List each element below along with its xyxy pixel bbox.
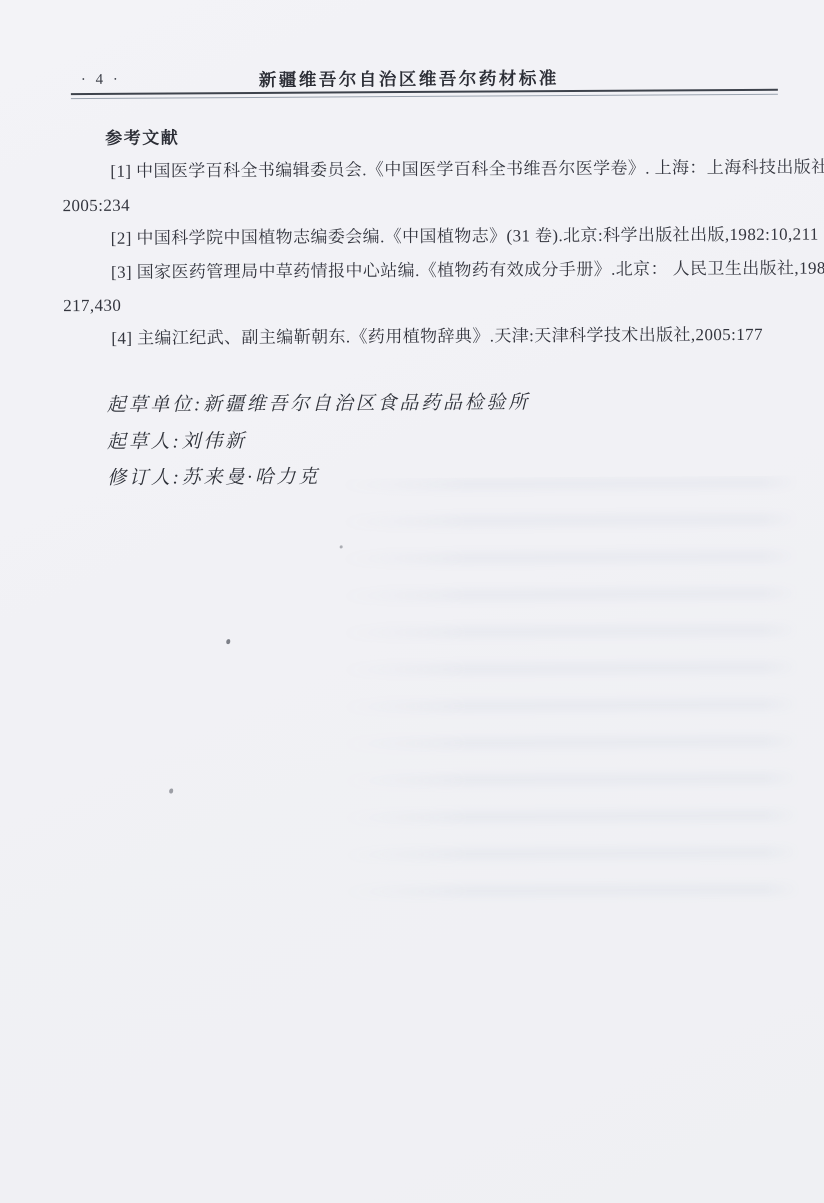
reference-line: [4] 主编江纪武、副主编靳朝东.《药用植物辞典》.天津:天津科学技术出版社,2… <box>63 318 790 356</box>
dust-speck <box>340 545 343 548</box>
reference-line: [2] 中国科学院中国植物志编委会编.《中国植物志》(31 卷).北京:科学出版… <box>63 218 790 256</box>
reviser-line: 修订人:苏来曼·哈力克 <box>64 457 764 498</box>
reference-line: 2005:234 <box>62 184 789 222</box>
dust-speck <box>226 639 230 644</box>
drafting-info: 起草单位:新疆维吾尔自治区食品药品检验所 起草人:刘伟新 修订人:苏来曼·哈力克 <box>64 384 765 498</box>
reference-item-3: [3] 国家医药管理局中草药情报中心站编.《植物药有效成分手册》.北京： 人民卫… <box>63 251 790 322</box>
scan-tilt-wrapper: · 4 · 新疆维吾尔自治区维吾尔药材标准 参考文献 [1] 中国医学百科全书编… <box>0 0 824 1203</box>
references-section: 参考文献 [1] 中国医学百科全书编辑委员会.《中国医学百科全书维吾尔医学卷》.… <box>62 118 790 356</box>
dust-speck <box>169 788 173 793</box>
drafting-unit-line: 起草单位:新疆维吾尔自治区食品药品检验所 <box>64 384 764 425</box>
reference-item-4: [4] 主编江纪武、副主编靳朝东.《药用植物辞典》.天津:天津科学技术出版社,2… <box>63 318 790 356</box>
drafter-line: 起草人:刘伟新 <box>64 420 764 461</box>
reference-item-2: [2] 中国科学院中国植物志编委会编.《中国植物志》(31 卷).北京:科学出版… <box>63 218 790 256</box>
reference-line: [1] 中国医学百科全书编辑委员会.《中国医学百科全书维吾尔医学卷》. 上海：上… <box>62 151 789 189</box>
bleed-through-ghost <box>337 476 802 921</box>
reference-line: 217,430 <box>63 285 790 323</box>
scanned-document-page: · 4 · 新疆维吾尔自治区维吾尔药材标准 参考文献 [1] 中国医学百科全书编… <box>0 0 824 1203</box>
reference-line: [3] 国家医药管理局中草药情报中心站编.《植物药有效成分手册》.北京： 人民卫… <box>63 251 790 289</box>
reference-item-1: [1] 中国医学百科全书编辑委员会.《中国医学百科全书维吾尔医学卷》. 上海：上… <box>62 151 789 222</box>
references-heading: 参考文献 <box>62 118 789 156</box>
